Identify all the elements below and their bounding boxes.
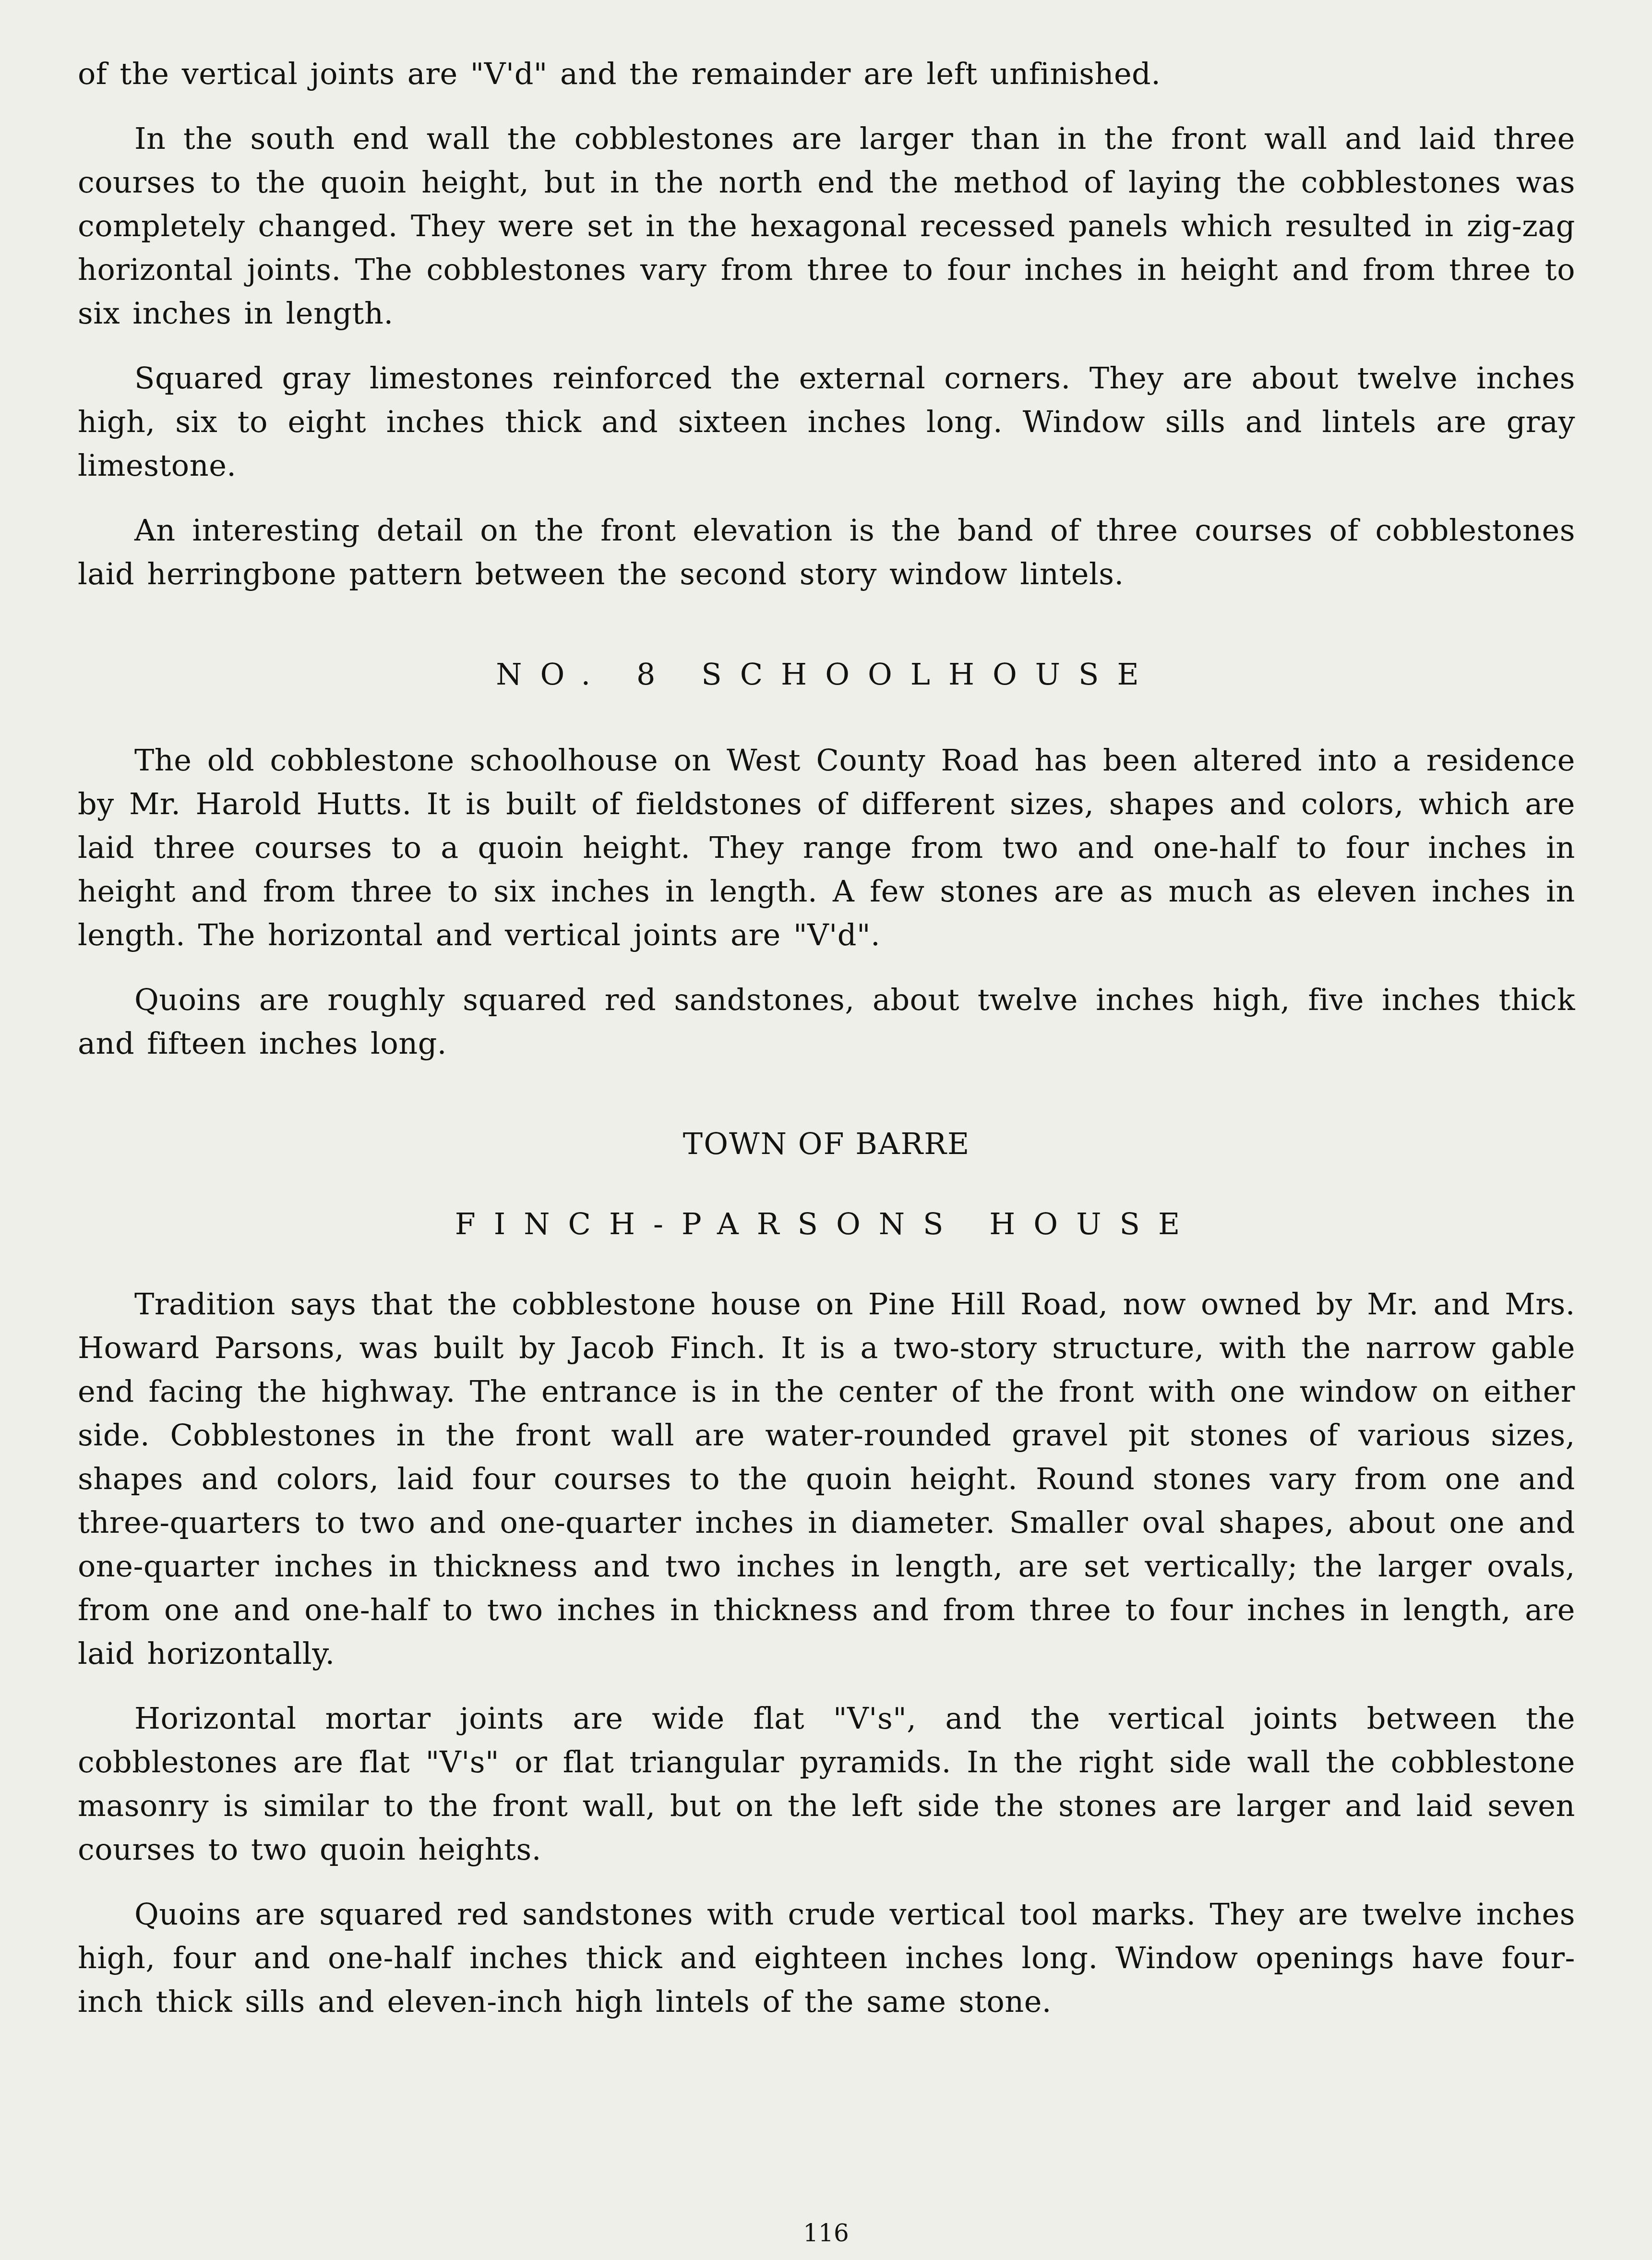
section-heading-town: TOWN OF BARRE xyxy=(78,1122,1575,1166)
paragraph-south-end-wall: In the south end wall the cobblestones a… xyxy=(78,117,1575,335)
paragraph-herringbone-detail: An interesting detail on the front eleva… xyxy=(78,508,1575,596)
section-heading-schoolhouse: NO. 8 SCHOOLHOUSE xyxy=(78,652,1575,696)
paragraph-finch-mortar-joints: Horizontal mortar joints are wide flat "… xyxy=(78,1696,1575,1871)
paragraph-limestone-corners: Squared gray limestones reinforced the e… xyxy=(78,356,1575,487)
document-page: of the vertical joints are "V'd" and the… xyxy=(78,52,1575,2044)
paragraph-finch-tradition: Tradition says that the cobblestone hous… xyxy=(78,1282,1575,1675)
page-number: 116 xyxy=(0,2219,1652,2248)
paragraph-schoolhouse-description: The old cobblestone schoolhouse on West … xyxy=(78,738,1575,957)
paragraph-continued: of the vertical joints are "V'd" and the… xyxy=(78,52,1575,96)
paragraph-schoolhouse-quoins: Quoins are roughly squared red sandstone… xyxy=(78,978,1575,1065)
paragraph-finch-quoins: Quoins are squared red sandstones with c… xyxy=(78,1892,1575,2023)
section-heading-finch-parsons: FINCH-PARSONS HOUSE xyxy=(78,1202,1575,1246)
